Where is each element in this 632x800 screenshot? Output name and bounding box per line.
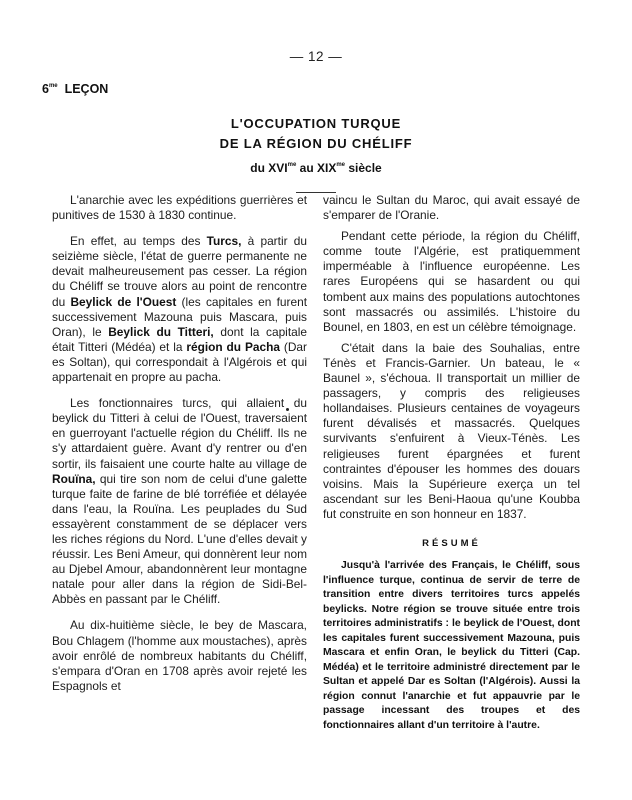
subtitle-part: au XIX [296, 161, 336, 175]
right-column: vaincu le Sultan du Maroc, qui avait ess… [323, 193, 580, 739]
resume-heading: RÉSUMÉ [323, 536, 580, 551]
subtitle-part: du XVI [250, 161, 287, 175]
chapter-subtitle: du XVIme au XIXme siècle [0, 155, 632, 178]
bold-term: Turcs, [207, 234, 242, 248]
paragraph-periode: Pendant cette période, la région du Chél… [323, 229, 580, 335]
lesson-number: 6 [42, 82, 49, 96]
paragraph-intro: L'anarchie avec les expéditions guerrièr… [52, 193, 307, 223]
page-number: — 12 — [0, 49, 632, 64]
bold-term: Beylick du Titteri, [108, 325, 214, 339]
lesson-suffix: me [49, 83, 58, 89]
lesson-heading: 6me LEÇON [42, 82, 108, 96]
paragraph-fonctionnaires: Les fonctionnaires turcs, qui allaient d… [52, 396, 307, 607]
paragraph-baunel: C'était dans la baie des Souhalias, entr… [323, 341, 580, 522]
subtitle-sup: me [288, 162, 297, 168]
lesson-label: LEÇON [65, 82, 109, 96]
chapter-title-line-1: L'OCCUPATION TURQUE [0, 114, 632, 134]
bold-term: Rouïna, [52, 472, 96, 486]
bold-term: Beylick de l'Ouest [70, 295, 176, 309]
subtitle-sup: me [336, 162, 345, 168]
bold-term: région du Pacha [186, 340, 280, 354]
print-speck [286, 408, 289, 411]
paragraph-continued: vaincu le Sultan du Maroc, qui avait ess… [323, 193, 580, 223]
text-run: Les fonctionnaires turcs, qui allaient d… [52, 396, 307, 470]
subtitle-part: siècle [345, 161, 382, 175]
text-run: qui tire son nom de celui d'une galette … [52, 472, 307, 607]
left-column: L'anarchie avec les expéditions guerrièr… [52, 193, 307, 705]
text-run: En effet, au temps des [70, 234, 207, 248]
chapter-title-block: L'OCCUPATION TURQUE DE LA RÉGION DU CHÉL… [0, 114, 632, 193]
paragraph-dix-huitieme: Au dix-huitième siècle, le bey de Mascar… [52, 618, 307, 693]
chapter-title-line-2: DE LA RÉGION DU CHÉLIFF [0, 134, 632, 154]
resume-text: Jusqu'à l'arrivée des Français, le Chéli… [323, 559, 580, 733]
paragraph-turcs: En effet, au temps des Turcs, à partir d… [52, 234, 307, 385]
